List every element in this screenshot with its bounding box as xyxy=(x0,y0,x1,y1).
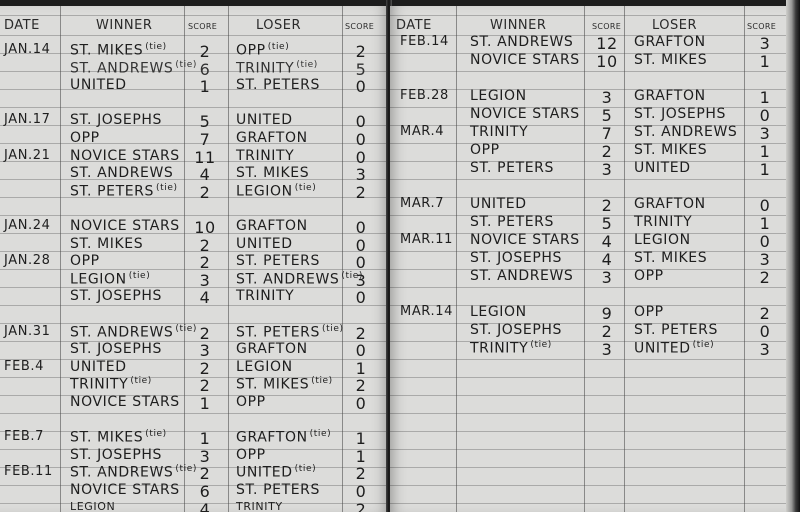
loser-score: 2 xyxy=(752,268,778,287)
loser-team: LEGION(tie) xyxy=(236,183,316,200)
game-date: JAN.17 xyxy=(4,112,51,127)
winner-score: 2 xyxy=(192,183,218,202)
header-loser-score: SCORE xyxy=(747,22,776,31)
game-date: FEB.7 xyxy=(4,429,44,444)
game-row: NOVICE STARS6ST. PETERS0 xyxy=(0,482,388,500)
winner-score: 3 xyxy=(594,340,620,359)
winner-team: ST. ANDREWS xyxy=(470,268,573,284)
game-date: MAR.11 xyxy=(400,232,453,247)
game-row: FEB.14ST. ANDREWS12GRAFTON3 xyxy=(390,34,786,52)
loser-team: LEGION xyxy=(236,359,293,375)
winner-team: LEGION xyxy=(70,500,115,512)
loser-team: TRINITY xyxy=(236,500,283,512)
header-winner: WINNER xyxy=(96,18,152,33)
game-row: FEB.4UNITED2LEGION1 xyxy=(0,359,388,377)
loser-score: 3 xyxy=(348,165,374,184)
winner-team: NOVICE STARS xyxy=(70,218,180,234)
loser-score: 1 xyxy=(348,359,374,378)
winner-team: ST. MIKES(tie) xyxy=(70,42,167,59)
loser-team: TRINITY xyxy=(634,214,692,230)
winner-team: ST. ANDREWS(tie) xyxy=(70,60,197,77)
winner-score: 2 xyxy=(192,376,218,395)
loser-score: 1 xyxy=(752,214,778,233)
winner-score: 4 xyxy=(594,250,620,269)
loser-score: 0 xyxy=(348,130,374,149)
winner-team: ST. JOSEPHS xyxy=(70,447,162,463)
loser-team: ST. MIKES xyxy=(236,165,309,181)
game-row: NOVICE STARS10ST. MIKES1 xyxy=(390,52,786,70)
loser-score: 0 xyxy=(348,288,374,307)
game-date: MAR.4 xyxy=(400,124,444,139)
game-row xyxy=(390,70,786,88)
game-row xyxy=(390,178,786,196)
loser-team: ST. MIKES xyxy=(634,142,707,158)
game-row: UNITED1ST. PETERS0 xyxy=(0,77,388,95)
winner-score: 2 xyxy=(594,142,620,161)
loser-team: GRAFTON xyxy=(634,34,706,50)
loser-team: OPP xyxy=(634,268,664,284)
loser-score: 0 xyxy=(752,232,778,251)
winner-team: ST. MIKES xyxy=(70,236,143,252)
loser-score: 0 xyxy=(348,218,374,237)
loser-team: OPP xyxy=(236,447,266,463)
loser-score: 0 xyxy=(348,394,374,413)
loser-score: 2 xyxy=(348,183,374,202)
loser-score: 0 xyxy=(348,77,374,96)
winner-team: ST. PETERS xyxy=(470,160,554,176)
winner-team: ST. ANDREWS(tie) xyxy=(70,324,197,341)
loser-team: ST. MIKES(tie) xyxy=(236,376,333,393)
winner-team: NOVICE STARS xyxy=(70,394,180,410)
game-date: FEB.14 xyxy=(400,34,449,49)
loser-team: LEGION xyxy=(634,232,691,248)
game-row xyxy=(0,306,388,324)
winner-score: 3 xyxy=(594,268,620,287)
loser-team: TRINITY(tie) xyxy=(236,60,318,77)
loser-score: 2 xyxy=(752,304,778,323)
winner-team: ST. JOSEPHS xyxy=(70,112,162,128)
game-row: ST. ANDREWS(tie)6TRINITY(tie)5 xyxy=(0,60,388,78)
loser-team: GRAFTON(tie) xyxy=(236,429,331,446)
game-date: MAR.14 xyxy=(400,304,453,319)
winner-team: NOVICE STARS xyxy=(470,52,580,68)
winner-score: 2 xyxy=(594,196,620,215)
winner-score: 3 xyxy=(192,341,218,360)
loser-score: 1 xyxy=(348,429,374,448)
game-row: TRINITY(tie)3UNITED(tie)3 xyxy=(390,340,786,358)
game-row: JAN.21NOVICE STARS11TRINITY0 xyxy=(0,148,388,166)
game-row: ST. JOSEPHS2ST. PETERS0 xyxy=(390,322,786,340)
game-date: FEB.4 xyxy=(4,359,44,374)
loser-team: ST. PETERS(tie) xyxy=(236,324,344,341)
winner-team: ST. ANDREWS xyxy=(70,165,173,181)
winner-score: 7 xyxy=(594,124,620,143)
winner-team: LEGION(tie) xyxy=(70,271,150,288)
winner-team: ST. PETERS(tie) xyxy=(70,183,178,200)
tie-marker: (tie) xyxy=(296,60,318,70)
header-winner-score: SCORE xyxy=(188,22,217,31)
loser-score: 0 xyxy=(348,236,374,255)
winner-team: UNITED xyxy=(470,196,527,212)
loser-score: 0 xyxy=(348,341,374,360)
game-row: NOVICE STARS5ST. JOSEPHS0 xyxy=(390,106,786,124)
game-date: JAN.14 xyxy=(4,42,51,57)
loser-score: 1 xyxy=(348,447,374,466)
winner-score: 3 xyxy=(192,447,218,466)
game-row: JAN.28OPP2ST. PETERS0 xyxy=(0,253,388,271)
winner-score: 10 xyxy=(594,52,620,71)
header-date: DATE xyxy=(4,18,40,33)
game-row: MAR.7UNITED2GRAFTON0 xyxy=(390,196,786,214)
tie-marker: (tie) xyxy=(693,340,715,350)
winner-score: 2 xyxy=(192,324,218,343)
loser-team: ST. ANDREWS xyxy=(634,124,737,140)
game-row: FEB.28LEGION3GRAFTON1 xyxy=(390,88,786,106)
loser-score: 0 xyxy=(752,106,778,125)
loser-team: GRAFTON xyxy=(236,130,308,146)
loser-team: TRINITY xyxy=(236,288,294,304)
winner-score: 2 xyxy=(192,42,218,61)
winner-team: LEGION xyxy=(470,304,527,320)
header-winner-score: SCORE xyxy=(592,22,621,31)
loser-team: UNITED(tie) xyxy=(236,464,316,481)
winner-team: OPP xyxy=(470,142,500,158)
loser-team: GRAFTON xyxy=(236,218,308,234)
winner-score: 3 xyxy=(594,160,620,179)
tie-marker: (tie) xyxy=(295,464,317,474)
header-loser: LOSER xyxy=(256,18,301,33)
tie-marker: (tie) xyxy=(295,183,317,193)
loser-team: OPP(tie) xyxy=(236,42,289,59)
loser-score: 3 xyxy=(752,250,778,269)
header-date: DATE xyxy=(396,18,432,33)
loser-score: 2 xyxy=(348,42,374,61)
winner-score: 1 xyxy=(192,77,218,96)
right-page: DATE WINNER SCORE LOSER SCORE FEB.14ST. … xyxy=(390,6,786,512)
winner-team: TRINITY(tie) xyxy=(70,376,152,393)
loser-score: 0 xyxy=(752,322,778,341)
winner-team: TRINITY(tie) xyxy=(470,340,552,357)
winner-score: 1 xyxy=(192,394,218,413)
loser-score: 0 xyxy=(752,196,778,215)
loser-team: ST. MIKES xyxy=(634,52,707,68)
winner-score: 5 xyxy=(192,112,218,131)
winner-team: ST. JOSEPHS xyxy=(470,322,562,338)
game-row: JAN.14ST. MIKES(tie)2OPP(tie)2 xyxy=(0,42,388,60)
loser-team: GRAFTON xyxy=(236,341,308,357)
winner-team: ST. JOSEPHS xyxy=(70,341,162,357)
game-date: FEB.11 xyxy=(4,464,53,479)
winner-team: LEGION xyxy=(470,88,527,104)
loser-score: 3 xyxy=(348,271,374,290)
winner-team: NOVICE STARS xyxy=(470,232,580,248)
winner-score: 9 xyxy=(594,304,620,323)
tie-marker: (tie) xyxy=(268,42,290,52)
winner-score: 4 xyxy=(192,288,218,307)
tie-marker: (tie) xyxy=(322,324,344,334)
loser-score: 1 xyxy=(752,52,778,71)
winner-score: 6 xyxy=(192,482,218,501)
winner-team: ST. ANDREWS(tie) xyxy=(70,464,197,481)
winner-score: 4 xyxy=(594,232,620,251)
loser-team: UNITED(tie) xyxy=(634,340,714,357)
winner-score: 2 xyxy=(192,359,218,378)
winner-score: 2 xyxy=(192,253,218,272)
header-loser-score: SCORE xyxy=(345,22,374,31)
winner-team: NOVICE STARS xyxy=(70,482,180,498)
loser-score: 5 xyxy=(348,60,374,79)
winner-score: 2 xyxy=(192,464,218,483)
game-row: FEB.11ST. ANDREWS(tie)2UNITED(tie)2 xyxy=(0,464,388,482)
winner-score: 5 xyxy=(594,106,620,125)
game-row: NOVICE STARS1OPP0 xyxy=(0,394,388,412)
loser-team: ST. JOSEPHS xyxy=(634,106,726,122)
loser-score: 3 xyxy=(752,124,778,143)
game-row xyxy=(0,200,388,218)
winner-team: ST. JOSEPHS xyxy=(470,250,562,266)
loser-team: OPP xyxy=(634,304,664,320)
header-loser: LOSER xyxy=(652,18,697,33)
game-row: ST. JOSEPHS3OPP1 xyxy=(0,447,388,465)
loser-score: 1 xyxy=(752,142,778,161)
winner-team: NOVICE STARS xyxy=(470,106,580,122)
loser-score: 2 xyxy=(348,500,374,512)
header-winner: WINNER xyxy=(490,18,546,33)
winner-score: 11 xyxy=(192,148,218,167)
loser-team: UNITED xyxy=(236,112,293,128)
left-page: DATE WINNER SCORE LOSER SCORE JAN.14ST. … xyxy=(0,6,389,512)
winner-team: OPP xyxy=(70,253,100,269)
loser-team: OPP xyxy=(236,394,266,410)
tie-marker: (tie) xyxy=(156,183,178,193)
loser-team: ST. ANDREWS(tie) xyxy=(236,271,363,288)
winner-score: 2 xyxy=(594,322,620,341)
game-row: ST. PETERS5TRINITY1 xyxy=(390,214,786,232)
game-date: FEB.28 xyxy=(400,88,449,103)
game-row: ST. ANDREWS4ST. MIKES3 xyxy=(0,165,388,183)
tie-marker: (tie) xyxy=(129,271,151,281)
winner-score: 1 xyxy=(192,429,218,448)
game-row: LEGION(tie)3ST. ANDREWS(tie)3 xyxy=(0,271,388,289)
game-row: JAN.24NOVICE STARS10GRAFTON0 xyxy=(0,218,388,236)
winner-team: ST. ANDREWS xyxy=(470,34,573,50)
loser-team: UNITED xyxy=(236,236,293,252)
loser-score: 0 xyxy=(348,148,374,167)
loser-score: 2 xyxy=(348,376,374,395)
loser-team: ST. PETERS xyxy=(236,253,320,269)
winner-score: 3 xyxy=(192,271,218,290)
tie-marker: (tie) xyxy=(145,429,167,439)
winner-score: 10 xyxy=(192,218,218,237)
game-row xyxy=(390,286,786,304)
loser-score: 1 xyxy=(752,88,778,107)
game-row: LEGION4TRINITY2 xyxy=(0,500,388,512)
loser-score: 3 xyxy=(752,34,778,53)
winner-score: 2 xyxy=(192,236,218,255)
loser-team: UNITED xyxy=(634,160,691,176)
game-row: ST. ANDREWS3OPP2 xyxy=(390,268,786,286)
game-row: ST. JOSEPHS4ST. MIKES3 xyxy=(390,250,786,268)
game-row: ST. JOSEPHS3GRAFTON0 xyxy=(0,341,388,359)
winner-score: 4 xyxy=(192,500,218,512)
winner-team: TRINITY xyxy=(470,124,528,140)
tie-marker: (tie) xyxy=(145,42,167,52)
winner-score: 3 xyxy=(594,88,620,107)
tie-marker: (tie) xyxy=(311,376,333,386)
loser-team: ST. MIKES xyxy=(634,250,707,266)
game-row xyxy=(0,412,388,430)
winner-team: ST. PETERS xyxy=(470,214,554,230)
loser-team: GRAFTON xyxy=(634,88,706,104)
loser-score: 0 xyxy=(348,482,374,501)
winner-score: 12 xyxy=(594,34,620,53)
loser-team: ST. PETERS xyxy=(236,77,320,93)
tie-marker: (tie) xyxy=(530,340,552,350)
game-date: JAN.31 xyxy=(4,324,51,339)
winner-score: 5 xyxy=(594,214,620,233)
winner-team: UNITED xyxy=(70,359,127,375)
ledger-book: DATE WINNER SCORE LOSER SCORE JAN.14ST. … xyxy=(0,0,800,512)
page-edge xyxy=(786,0,800,512)
loser-score: 3 xyxy=(752,340,778,359)
game-row: ST. PETERS3UNITED1 xyxy=(390,160,786,178)
loser-score: 0 xyxy=(348,112,374,131)
loser-score: 2 xyxy=(348,324,374,343)
game-date: JAN.24 xyxy=(4,218,51,233)
game-row: MAR.14LEGION9OPP2 xyxy=(390,304,786,322)
game-row: JAN.31ST. ANDREWS(tie)2ST. PETERS(tie)2 xyxy=(0,324,388,342)
game-row: ST. MIKES2UNITED0 xyxy=(0,236,388,254)
game-row: OPP7GRAFTON0 xyxy=(0,130,388,148)
game-row: FEB.7ST. MIKES(tie)1GRAFTON(tie)1 xyxy=(0,429,388,447)
game-row: MAR.4TRINITY7ST. ANDREWS3 xyxy=(390,124,786,142)
loser-team: ST. PETERS xyxy=(236,482,320,498)
game-date: JAN.21 xyxy=(4,148,51,163)
game-date: MAR.7 xyxy=(400,196,444,211)
winner-team: OPP xyxy=(70,130,100,146)
loser-score: 0 xyxy=(348,253,374,272)
loser-team: ST. PETERS xyxy=(634,322,718,338)
game-row: OPP2ST. MIKES1 xyxy=(390,142,786,160)
loser-score: 2 xyxy=(348,464,374,483)
game-row: ST. JOSEPHS4TRINITY0 xyxy=(0,288,388,306)
loser-team: GRAFTON xyxy=(634,196,706,212)
game-row xyxy=(0,95,388,113)
game-row: MAR.11NOVICE STARS4LEGION0 xyxy=(390,232,786,250)
game-row: ST. PETERS(tie)2LEGION(tie)2 xyxy=(0,183,388,201)
winner-team: UNITED xyxy=(70,77,127,93)
loser-team: TRINITY xyxy=(236,148,294,164)
tie-marker: (tie) xyxy=(310,429,332,439)
tie-marker: (tie) xyxy=(130,376,152,386)
winner-team: ST. JOSEPHS xyxy=(70,288,162,304)
winner-score: 7 xyxy=(192,130,218,149)
winner-score: 6 xyxy=(192,60,218,79)
game-row: TRINITY(tie)2ST. MIKES(tie)2 xyxy=(0,376,388,394)
game-date: JAN.28 xyxy=(4,253,51,268)
loser-score: 1 xyxy=(752,160,778,179)
winner-score: 4 xyxy=(192,165,218,184)
winner-team: ST. MIKES(tie) xyxy=(70,429,167,446)
winner-team: NOVICE STARS xyxy=(70,148,180,164)
game-row: JAN.17ST. JOSEPHS5UNITED0 xyxy=(0,112,388,130)
